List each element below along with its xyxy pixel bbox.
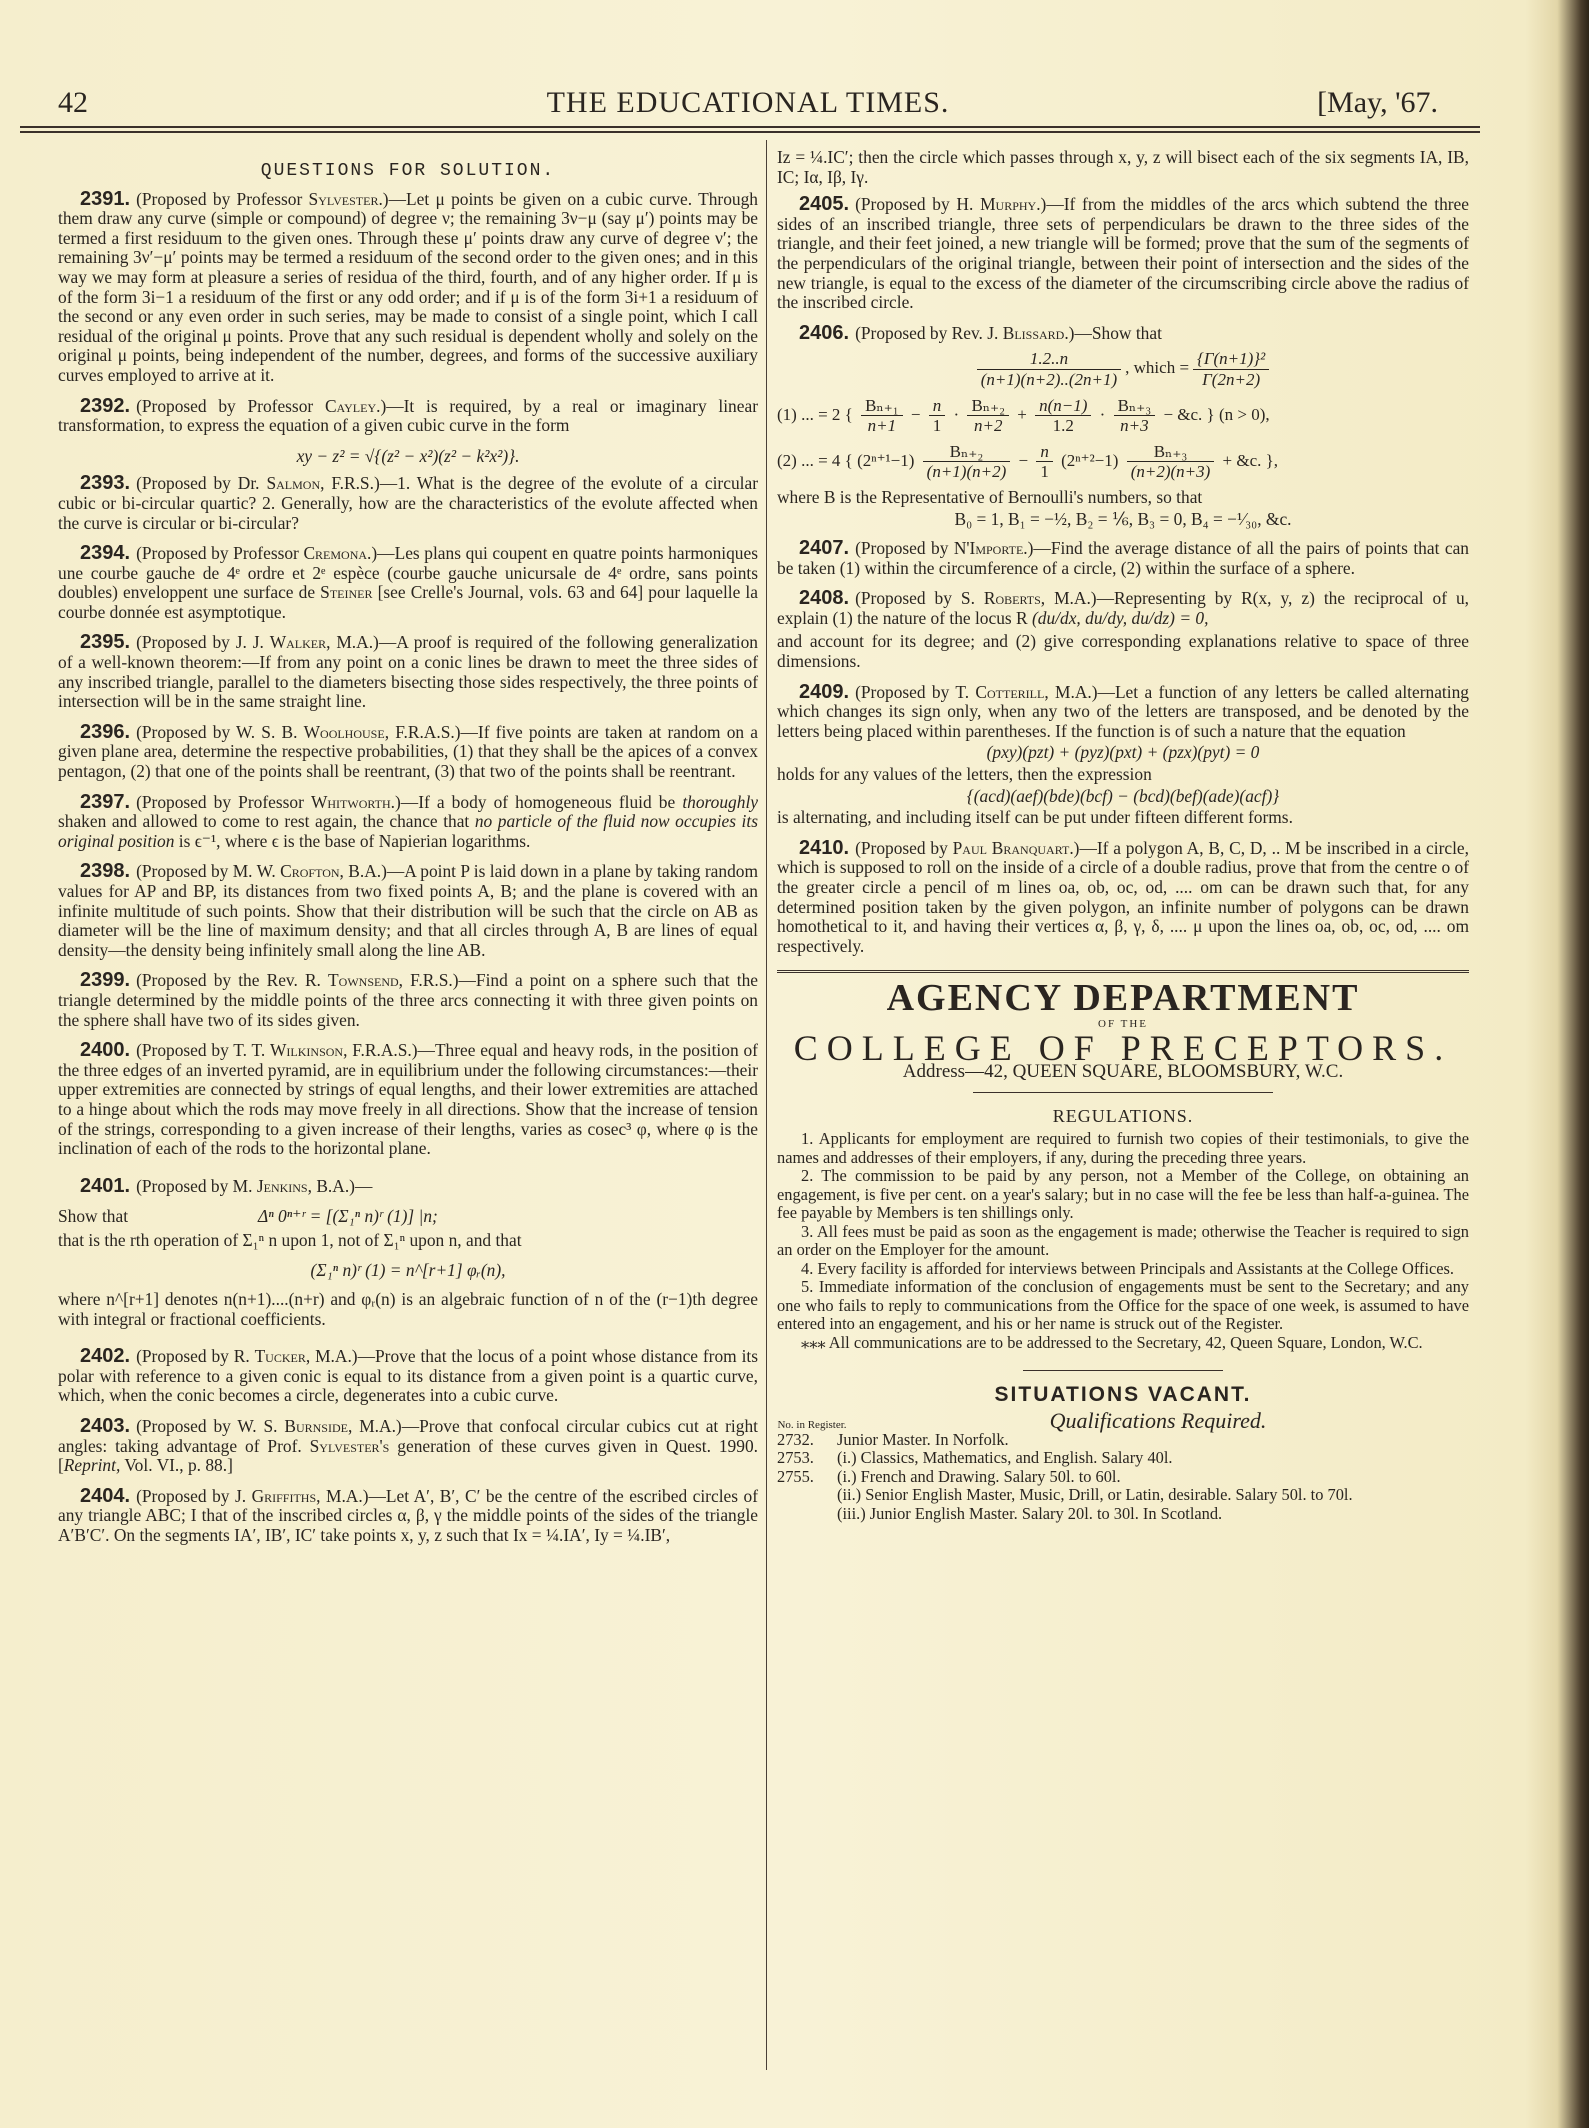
question-number: 2403.: [80, 1415, 130, 1437]
proposer-name: Burnside: [284, 1416, 348, 1436]
question-number: 2400.: [80, 1039, 130, 1061]
question-2396: 2396.(Proposed by W. S. B. Woolhouse, F.…: [58, 723, 758, 782]
proposer-name: Wilkinson: [270, 1040, 343, 1060]
register-number: 2732.: [777, 1431, 837, 1450]
situation-text: (i.) French and Drawing. Salary 50l. to …: [837, 1468, 1469, 1487]
proposer-name: Townsend: [328, 970, 399, 990]
question-2400: 2400.(Proposed by T. T. Wilkinson, F.R.A…: [58, 1041, 758, 1159]
header-rule: [20, 126, 1480, 133]
question-number: 2408.: [799, 587, 849, 609]
proposer-name: Crofton: [280, 861, 339, 881]
question-2399: 2399.(Proposed by the Rev. R. Townsend, …: [58, 971, 758, 1030]
situation-text: Junior Master. In Norfolk.: [837, 1431, 1469, 1450]
question-2405: 2405.(Proposed by H. Murphy.)—If from th…: [777, 195, 1469, 313]
question-2409: 2409.(Proposed by T. Cotterill, M.A.)—Le…: [777, 683, 1469, 742]
proposer-name: Walker: [270, 632, 326, 652]
formula-row: Show that Δⁿ 0ⁿ⁺ʳ = [(Σ₁ⁿ n)ʳ (1)] |n;: [58, 1207, 758, 1227]
formula: {(acd)(aef)(bde)(bcf) − (bcd)(bef)(ade)(…: [777, 787, 1469, 807]
question-2401: 2401.(Proposed by M. Jenkins, B.A.)—: [58, 1177, 758, 1197]
newspaper-page: 42 THE EDUCATIONAL TIMES. [May, '67. QUE…: [0, 0, 1589, 2128]
formula-series-1: (1) ... = 2 { Bₙ₊₁n+1 − n1 · Bₙ₊₂n+2 + n…: [777, 396, 1469, 436]
question-number: 2409.: [799, 681, 849, 703]
left-column: QUESTIONS FOR SOLUTION. 2391.(Proposed b…: [58, 148, 758, 1557]
question-number: 2393.: [80, 472, 130, 494]
question-number: 2397.: [80, 791, 130, 813]
proposer-name: Paul Branquart: [953, 838, 1070, 858]
situations-title: SITUATIONS VACANT.: [777, 1385, 1469, 1405]
question-number: 2398.: [80, 860, 130, 882]
formula: (du/dx, du/dy, du/dz) = 0,: [1032, 608, 1208, 628]
situation-row: 2755. (i.) French and Drawing. Salary 50…: [777, 1468, 1469, 1487]
regulation-item: 5. Immediate information of the conclusi…: [777, 1278, 1469, 1334]
column-qualifications: Qualifications Required.: [847, 1411, 1469, 1431]
question-2393: 2393.(Proposed by Dr. Salmon, F.R.S.)—1.…: [58, 474, 758, 533]
proposer-name: Roberts: [984, 588, 1041, 608]
regulation-item: 3. All fees must be paid as soon as the …: [777, 1223, 1469, 1260]
question-number: 2401.: [80, 1175, 130, 1197]
question-2403: 2403.(Proposed by W. S. Burnside, M.A.)—…: [58, 1417, 758, 1476]
question-number: 2396.: [80, 721, 130, 743]
question-2410: 2410.(Proposed by Paul Branquart.)—If a …: [777, 839, 1469, 957]
regulation-item: 2. The commission to be paid by any pers…: [777, 1167, 1469, 1223]
question-2402: 2402.(Proposed by R. Tucker, M.A.)—Prove…: [58, 1347, 758, 1406]
register-number: 2753.: [777, 1449, 837, 1468]
right-column: Iz = ¼.IC′; then the circle which passes…: [777, 148, 1469, 1523]
question-number: 2407.: [799, 537, 849, 559]
section-title: QUESTIONS FOR SOLUTION.: [58, 162, 758, 182]
question-number: 2391.: [80, 188, 130, 210]
proposer-name: Salmon: [266, 473, 320, 493]
question-2404: 2404.(Proposed by J. Griffiths, M.A.)—Le…: [58, 1487, 758, 1546]
situation-row: 2732. Junior Master. In Norfolk.: [777, 1431, 1469, 1450]
proposer-name: Sylvester: [309, 189, 379, 209]
regulation-item: 4. Every facility is afforded for interv…: [777, 1260, 1469, 1279]
agency-title: AGENCY DEPARTMENT: [777, 989, 1469, 1009]
proposer-name: Griffiths: [252, 1486, 317, 1506]
question-2408: 2408.(Proposed by S. Roberts, M.A.)—Repr…: [777, 589, 1469, 628]
question-number: 2410.: [799, 837, 849, 859]
question-number: 2402.: [80, 1345, 130, 1367]
college-name: COLLEGE OF PRECEPTORS.: [777, 1039, 1469, 1059]
regulation-item: 1. Applicants for employment are require…: [777, 1130, 1469, 1167]
bernoulli-values: B₀ = 1, B₁ = −½, B₂ = ⅙, B₃ = 0, B₄ = −¹…: [777, 510, 1469, 530]
question-2404-continuation: Iz = ¼.IC′; then the circle which passes…: [777, 148, 1469, 187]
situation-subrow: (iii.) Junior English Master. Salary 20l…: [777, 1505, 1469, 1524]
formula: (Σ₁ⁿ n)ʳ (1) = n^[r+1] φᵣ(n),: [58, 1261, 758, 1281]
question-number: 2404.: [80, 1485, 130, 1507]
divider: [1023, 1370, 1223, 1371]
proposer-name: Blissard: [1003, 323, 1065, 343]
situation-subrow: (ii.) Senior English Master, Music, Dril…: [777, 1486, 1469, 1505]
column-divider: [766, 140, 767, 2070]
agency-department: AGENCY DEPARTMENT OF THE COLLEGE OF PREC…: [777, 989, 1469, 1371]
proposer-name: N'Importe: [954, 538, 1023, 558]
proposer-name: Cayley: [325, 396, 376, 416]
question-2398: 2398.(Proposed by M. W. Crofton, B.A.)—A…: [58, 862, 758, 960]
regulations-title: REGULATIONS.: [777, 1107, 1469, 1127]
section-divider: [777, 970, 1469, 973]
formula-ratio: 1.2..n(n+1)(n+2)..(2n+1), which ={Γ(n+1)…: [777, 349, 1469, 389]
question-2395: 2395.(Proposed by J. J. Walker, M.A.)—A …: [58, 633, 758, 711]
proposer-name: Cremona: [303, 543, 367, 563]
question-2392: 2392.(Proposed by Professor Cayley.)—It …: [58, 397, 758, 436]
question-2407: 2407.(Proposed by N'Importe.)—Find the a…: [777, 539, 1469, 578]
question-text: Let μ points be given on a cubic curve. …: [58, 189, 758, 385]
question-2406: 2406.(Proposed by Rev. J. Blissard.)—Sho…: [777, 324, 1469, 344]
question-number: 2405.: [799, 193, 849, 215]
register-number: 2755.: [777, 1468, 837, 1487]
question-number: 2399.: [80, 969, 130, 991]
question-number: 2406.: [799, 322, 849, 344]
proposer-name: Cotterill: [975, 682, 1044, 702]
formula: xy − z² = √{(z² − x²)(z² − k²x²)}.: [58, 447, 758, 467]
column-register: No. in Register.: [777, 1420, 847, 1431]
question-2397: 2397.(Proposed by Professor Whitworth.)—…: [58, 793, 758, 852]
formula-series-2: (2) ... = 4 { (2ⁿ⁺¹−1) Bₙ₊₂(n+1)(n+2) − …: [777, 442, 1469, 482]
publication-title: THE EDUCATIONAL TIMES.: [58, 86, 1438, 120]
regulation-note: ⁎⁎⁎ All communications are to be address…: [777, 1334, 1469, 1353]
situations-header: No. in Register. Qualifications Required…: [777, 1411, 1469, 1431]
question-2394: 2394.(Proposed by Professor Cremona.)—Le…: [58, 544, 758, 622]
formula: Δⁿ 0ⁿ⁺ʳ = [(Σ₁ⁿ n)ʳ (1)] |n;: [258, 1207, 438, 1227]
question-number: 2394.: [80, 542, 130, 564]
proposer-name: Tucker: [255, 1346, 306, 1366]
question-number: 2395.: [80, 631, 130, 653]
situation-row: 2753. (i.) Classics, Mathematics, and En…: [777, 1449, 1469, 1468]
situations-vacant: SITUATIONS VACANT. No. in Register. Qual…: [777, 1385, 1469, 1523]
issue-date: [May, '67.: [1317, 86, 1438, 120]
divider: [973, 1092, 1273, 1093]
proposer-name: Murphy: [980, 194, 1036, 214]
proposer-name: Woolhouse: [304, 722, 385, 742]
formula: (pxy)(pzt) + (pyz)(pxt) + (pzx)(pyt) = 0: [777, 743, 1469, 763]
question-2391: 2391.(Proposed by Professor Sylvester.)—…: [58, 190, 758, 386]
situation-text: (i.) Classics, Mathematics, and English.…: [837, 1449, 1469, 1468]
question-number: 2392.: [80, 395, 130, 417]
proposer-name: Jenkins: [257, 1176, 308, 1196]
proposer-name: Whitworth: [311, 792, 391, 812]
